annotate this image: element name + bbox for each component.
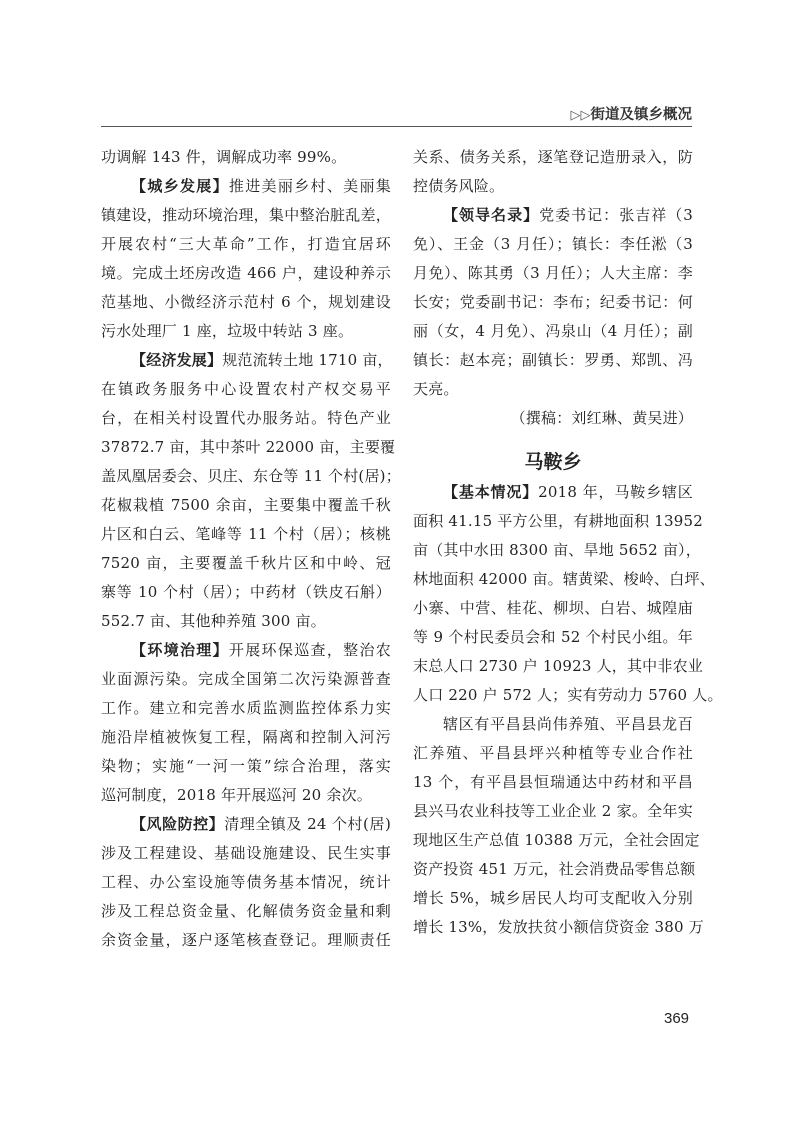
text-line: 末总人口 2730 户 10923 人，其中非农业 [413,652,693,681]
line-text: 长安；党委副书记：李布；纪委书记：何 [413,293,693,311]
text-line: 业面源污染。完成全国第二次污染源普查 [101,665,391,694]
text-line: 在镇政务服务中心设置农村产权交易平 [101,375,391,404]
right-column: 关系、债务关系，逐笔登记造册录入，防控债务风险。【领导名录】党委书记：张吉祥（3… [413,143,693,942]
line-text: 花椒栽植 7500 余亩，主要集中覆盖千秋 [101,496,391,514]
line-text: 人口 220 户 572 人；实有劳动力 5760 人。 [413,686,723,704]
text-line: 涉及工程建设、基础设施建设、民生实事 [101,839,391,868]
text-line: 小寨、中营、桂花、柳坝、白岩、城隍庙 [413,594,693,623]
text-line: 月免）、陈其勇（3 月任）；人大主席：李 [413,259,693,288]
text-line: 花椒栽植 7500 余亩，主要集中覆盖千秋 [101,491,391,520]
line-text: 工作。建立和完善水质监测监控体系力实 [101,699,391,717]
paragraph-heading-line: 【环境治理】开展环保巡查，整治农 [101,636,391,665]
paragraph-heading-line: 【城乡发展】推进美丽乡村、美丽集 [101,172,391,201]
left-column: 功调解 143 件，调解成功率 99%。【城乡发展】推进美丽乡村、美丽集镇建设，… [101,143,391,955]
text-line: 工程、办公室设施等债务基本情况，统计 [101,868,391,897]
text-line: 开展农村“三大革命”工作，打造宜居环 [101,230,391,259]
text-line: 等 9 个村民委员会和 52 个村民小组。年 [413,623,693,652]
line-text: 月免）、陈其勇（3 月任）；人大主席：李 [413,264,693,282]
text-line: 污水处理厂 1 座，垃圾中转站 3 座。 [101,317,391,346]
text-line: 范基地、小微经济示范村 6 个，规划建设 [101,288,391,317]
text-line: 镇建设，推动环境治理，集中整治脏乱差， [101,201,391,230]
text-line: 寨等 10 个村（居）；中药材（铁皮石斛） [101,578,391,607]
line-text: 辖区有平昌县尚伟养殖、平昌县龙百 [443,715,693,733]
line-text: 增长 5%，城乡居民人均可支配收入分别 [413,889,693,907]
paragraph-heading-line: 【基本情况】2018 年，马鞍乡辖区 [413,478,693,507]
section-header-title: ▷▷街道及镇乡概况 [571,103,693,124]
line-text: 镇长：赵本亮；副镇长：罗勇、郑凯、冯 [413,351,693,369]
line-text: 党委书记：张吉祥（3 [539,206,693,224]
line-text: 片区和白云、笔峰等 11 个村（居）；核桃 [101,525,391,543]
line-text: 资产投资 451 万元，社会消费品零售总额 [413,860,695,878]
paragraph-heading-line: 【风险防控】清理全镇及 24 个村(居) [101,810,391,839]
line-text: 37872.7 亩，其中茶叶 22000 亩，主要覆 [101,438,395,456]
text-line: 林地面积 42000 亩。辖黄梁、梭岭、白坪、 [413,565,693,594]
header-title-text: 街道及镇乡概况 [591,107,693,123]
text-line: 汇养殖、平昌县坪兴种植等专业合作社 [413,739,693,768]
text-line: 免）、王金（3 月任）；镇长：李任淞（3 [413,230,693,259]
text-line: 工作。建立和完善水质监测监控体系力实 [101,694,391,723]
line-text: 免）、王金（3 月任）；镇长：李任淞（3 [413,235,693,253]
line-text: 控债务风险。 [413,177,504,195]
line-text: 功调解 143 件，调解成功率 99%。 [101,148,346,166]
line-text: 林地面积 42000 亩。辖黄梁、梭岭、白坪、 [413,570,715,588]
text-line: 施沿岸植被恢复工程，隔离和控制入河污 [101,723,391,752]
text-line: 镇长：赵本亮；副镇长：罗勇、郑凯、冯 [413,346,693,375]
text-line: 面积 41.15 平方公里，有耕地面积 13952 [413,507,693,536]
line-text: 施沿岸植被恢复工程，隔离和控制入河污 [101,728,391,746]
text-line: 辖区有平昌县尚伟养殖、平昌县龙百 [413,710,693,739]
line-text: 规范流转土地 1710 亩， [222,351,393,369]
line-text: 小寨、中营、桂花、柳坝、白岩、城隍庙 [413,599,693,617]
text-line: 资产投资 451 万元，社会消费品零售总额 [413,855,693,884]
running-header: ▷▷街道及镇乡概况 [101,96,692,127]
line-text: 涉及工程总资金量、化解债务资金量和剩 [101,902,391,920]
line-text: 2018 年，马鞍乡辖区 [538,483,693,501]
text-line: 功调解 143 件，调解成功率 99%。 [101,143,391,172]
text-line: 丽（女，4 月免）、冯泉山（4 月任）；副 [413,317,693,346]
paragraph-keyword: 【基本情况】 [443,483,538,501]
line-text: 境。完成土坯房改造 466 户，建设种养示 [101,264,391,282]
line-text: 工程、办公室设施等债务基本情况，统计 [101,873,391,891]
text-line: 境。完成土坯房改造 466 户，建设种养示 [101,259,391,288]
paragraph-keyword: 【领导名录】 [443,206,539,224]
paragraph-heading-line: 【领导名录】党委书记：张吉祥（3 [413,201,693,230]
text-line: 亩（其中水田 8300 亩、旱地 5652 亩）， [413,536,693,565]
paragraph-keyword: 【环境治理】 [131,641,229,659]
line-text: 推进美丽乡村、美丽集 [229,177,391,195]
line-text: 清理全镇及 24 个村(居) [224,815,391,833]
text-line: 天亮。 [413,375,693,404]
line-text: 巡河制度，2018 年开展巡河 20 余次。 [101,786,372,804]
line-text: 业面源污染。完成全国第二次污染源普查 [101,670,391,688]
line-text: 余资金量，逐户逐笔核查登记。理顺责任 [101,931,391,949]
text-line: 增长 5%，城乡居民人均可支配收入分别 [413,884,693,913]
line-text: 镇建设，推动环境治理，集中整治脏乱差， [101,206,391,224]
line-text: 末总人口 2730 户 10923 人，其中非农业 [413,657,703,675]
text-line: 13 个，有平昌县恒瑞通达中药材和平昌 [413,768,693,797]
paragraph-heading-line: 【经济发展】规范流转土地 1710 亩， [101,346,391,375]
line-text: 开展环保巡查，整治农 [229,641,391,659]
line-text: 关系、债务关系，逐笔登记造册录入，防 [413,148,693,166]
line-text: 现地区生产总值 10388 万元，全社会固定 [413,831,700,849]
text-line: 关系、债务关系，逐笔登记造册录入，防 [413,143,693,172]
text-line: 7520 亩，主要覆盖千秋片区和中岭、冠 [101,549,391,578]
text-line: 余资金量，逐户逐笔核查登记。理顺责任 [101,926,391,955]
text-line: 增长 13%，发放扶贫小额信贷资金 380 万 [413,913,693,942]
text-line: 盖凤凰居委会、贝庄、东仓等 11 个村(居)； [101,462,391,491]
line-text: 7520 亩，主要覆盖千秋片区和中岭、冠 [101,554,391,572]
line-text: 在镇政务服务中心设置农村产权交易平 [101,380,391,398]
text-line: 片区和白云、笔峰等 11 个村（居）；核桃 [101,520,391,549]
line-text: 等 9 个村民委员会和 52 个村民小组。年 [413,628,693,646]
line-text: 汇养殖、平昌县坪兴种植等专业合作社 [413,744,693,762]
line-text: 亩（其中水田 8300 亩、旱地 5652 亩）， [413,541,701,559]
line-text: 天亮。 [413,380,459,398]
line-text: 开展农村“三大革命”工作，打造宜居环 [101,235,391,253]
leadership-section: 关系、债务关系，逐笔登记造册录入，防控债务风险。【领导名录】党委书记：张吉祥（3… [413,143,693,404]
line-text: 涉及工程建设、基础设施建设、民生实事 [101,844,391,862]
text-line: 巡河制度，2018 年开展巡河 20 余次。 [101,781,391,810]
text-line: 552.7 亩、其他种养殖 300 亩。 [101,607,391,636]
line-text: 范基地、小微经济示范村 6 个，规划建设 [101,293,391,311]
line-text: 污水处理厂 1 座，垃圾中转站 3 座。 [101,322,353,340]
text-line: 37872.7 亩，其中茶叶 22000 亩，主要覆 [101,433,391,462]
paragraph-keyword: 【城乡发展】 [131,177,229,195]
text-line: 县兴马农业科技等工业企业 2 家。全年实 [413,797,693,826]
double-triangle-icon: ▷▷ [571,108,591,123]
line-text: 552.7 亩、其他种养殖 300 亩。 [101,612,326,630]
text-line: 染物；实施“一河一策”综合治理，落实 [101,752,391,781]
line-text: 丽（女，4 月免）、冯泉山（4 月任）；副 [413,322,693,340]
page-number: 369 [664,1010,689,1027]
author-credit: （撰稿：刘红琳、黄吴进） [413,404,693,433]
line-text: 县兴马农业科技等工业企业 2 家。全年实 [413,802,693,820]
line-text: 13 个，有平昌县恒瑞通达中药材和平昌 [413,773,693,791]
line-text: 增长 13%，发放扶贫小额信贷资金 380 万 [413,918,704,936]
line-text: 寨等 10 个村（居）；中药材（铁皮石斛） [101,583,391,601]
text-line: 台，在相关村设置代办服务站。特色产业 [101,404,391,433]
text-line: 控债务风险。 [413,172,693,201]
text-line: 现地区生产总值 10388 万元，全社会固定 [413,826,693,855]
township-overview-section: 【基本情况】2018 年，马鞍乡辖区面积 41.15 平方公里，有耕地面积 13… [413,478,693,942]
text-line: 人口 220 户 572 人；实有劳动力 5760 人。 [413,681,693,710]
line-text: 台，在相关村设置代办服务站。特色产业 [101,409,391,427]
line-text: 染物；实施“一河一策”综合治理，落实 [101,757,391,775]
line-text: 盖凤凰居委会、贝庄、东仓等 11 个村(居)； [101,467,401,485]
paragraph-keyword: 【经济发展】 [131,351,222,369]
text-line: 长安；党委副书记：李布；纪委书记：何 [413,288,693,317]
text-line: 涉及工程总资金量、化解债务资金量和剩 [101,897,391,926]
paragraph-keyword: 【风险防控】 [131,815,224,833]
line-text: 面积 41.15 平方公里，有耕地面积 13952 [413,512,703,530]
